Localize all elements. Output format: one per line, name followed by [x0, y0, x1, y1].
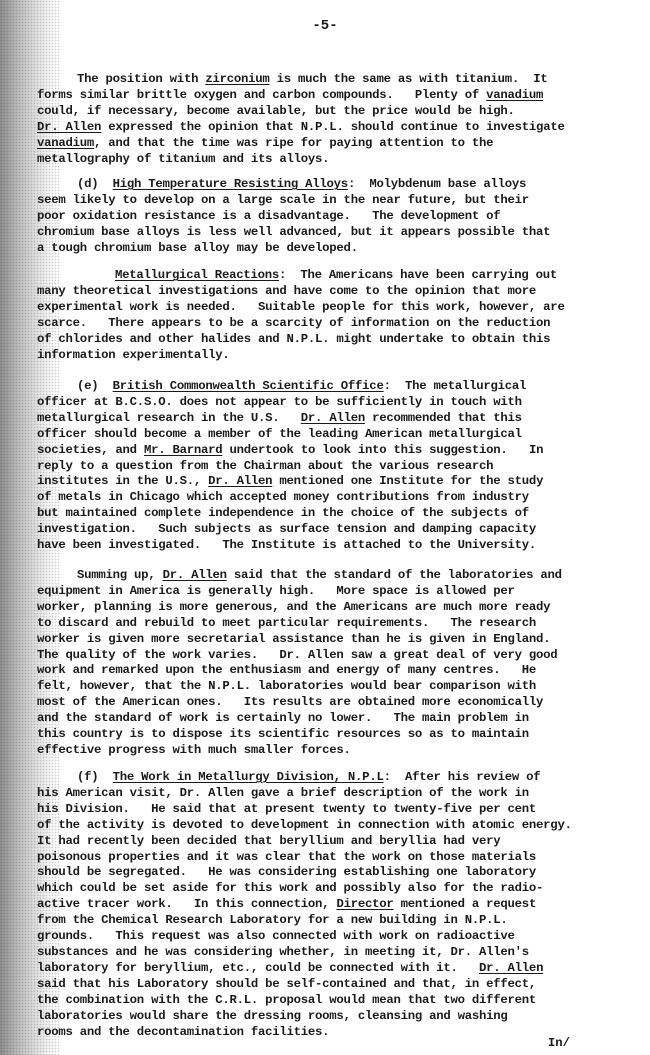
text-line: It had recently been decided that beryll… — [37, 834, 637, 850]
text-line: The quality of the work varies. Dr. Alle… — [37, 648, 637, 664]
text-line: (d) High Temperature Resisting Alloys: M… — [77, 177, 637, 193]
text-run: but maintained complete independence in … — [37, 506, 529, 520]
text-run: said that his Laboratory should be self-… — [37, 977, 536, 991]
text-line: substances and he was considering whethe… — [37, 945, 637, 961]
text-line: should be segregated. He was considering… — [37, 865, 637, 881]
text-run: his Division. He said that at present tw… — [37, 802, 536, 816]
text-line: reply to a question from the Chairman ab… — [37, 459, 637, 475]
text-line: which could be set aside for this work a… — [37, 881, 637, 897]
text-line: of chlorides and other halides and N.P.L… — [37, 332, 637, 348]
text-run: The quality of the work varies. Dr. Alle… — [37, 648, 557, 662]
text-line: forms similar brittle oxygen and carbon … — [37, 88, 637, 104]
text-run: chromium base alloys is less well advanc… — [37, 225, 550, 239]
text-line: laboratories would share the dressing ro… — [37, 1009, 637, 1025]
underlined-term: Director — [336, 897, 393, 911]
text-run: mentioned a request — [393, 897, 536, 911]
text-run: experimental work is needed. Suitable pe… — [37, 300, 565, 314]
text-line: institutes in the U.S., Dr. Allen mentio… — [37, 474, 637, 490]
paragraph-section-e: (e) British Commonwealth Scientific Offi… — [37, 379, 637, 554]
text-line: metallography of titanium and its alloys… — [37, 152, 637, 168]
text-run: metallography of titanium and its alloys… — [37, 152, 329, 166]
text-run: information experimentally. — [37, 348, 230, 362]
text-line: (e) British Commonwealth Scientific Offi… — [77, 379, 637, 395]
text-run: expressed the opinion that N.P.L. should… — [101, 120, 564, 134]
text-run: , and that the time was ripe for paying … — [94, 136, 493, 150]
underlined-term: British Commonwealth Scientific Office — [113, 379, 384, 393]
text-line: Dr. Allen expressed the opinion that N.P… — [37, 120, 637, 136]
underlined-term: zirconium — [205, 72, 269, 86]
text-run: : After his review of — [384, 770, 541, 784]
text-run: of the activity is devoted to developmen… — [37, 818, 572, 832]
text-line: vanadium, and that the time was ripe for… — [37, 136, 637, 152]
text-run: to discard and rebuild to meet particula… — [37, 616, 536, 630]
text-run: from the Chemical Research Laboratory fo… — [37, 913, 508, 927]
text-run: seem likely to develop on a large scale … — [37, 193, 529, 207]
text-line: officer at B.C.S.O. does not appear to b… — [37, 395, 637, 411]
continuation-marker: In/ — [548, 1036, 570, 1050]
text-line: of the activity is devoted to developmen… — [37, 818, 637, 834]
text-line: poor oxidation resistance is a disadvant… — [37, 209, 637, 225]
text-run: : The Americans have been carrying out — [279, 268, 557, 282]
text-line: and the standard of work is certainly no… — [37, 711, 637, 727]
text-line: work and remarked upon the enthusiasm an… — [37, 663, 637, 679]
text-line: his Division. He said that at present tw… — [37, 802, 637, 818]
text-run: active tracer work. In this connection, — [37, 897, 336, 911]
text-run: It had recently been decided that beryll… — [37, 834, 500, 848]
text-run: could, if necessary, become available, b… — [37, 104, 515, 118]
text-line: worker is given more secretarial assista… — [37, 632, 637, 648]
text-run: most of the American ones. Its results a… — [37, 695, 543, 709]
text-run: undertook to look into this suggestion. … — [222, 443, 543, 457]
text-line: but maintained complete independence in … — [37, 506, 637, 522]
text-line: of metals in Chicago which accepted mone… — [37, 490, 637, 506]
underlined-term: Dr. Allen — [301, 411, 365, 425]
text-line: grounds. This request was also connected… — [37, 929, 637, 945]
text-line: said that his Laboratory should be self-… — [37, 977, 637, 993]
underlined-term: Dr. Allen — [163, 568, 227, 582]
underlined-term: Metallurgical Reactions — [115, 268, 279, 282]
text-run: worker is given more secretarial assista… — [37, 632, 550, 646]
text-line: laboratory for beryllium, etc., could be… — [37, 961, 637, 977]
text-run: reply to a question from the Chairman ab… — [37, 459, 493, 473]
text-run: officer at B.C.S.O. does not appear to b… — [37, 395, 522, 409]
text-run: his American visit, Dr. Allen gave a bri… — [37, 786, 529, 800]
text-line: most of the American ones. Its results a… — [37, 695, 637, 711]
text-line: societies, and Mr. Barnard undertook to … — [37, 443, 637, 459]
text-run: mentioned one Institute for the study — [272, 474, 543, 488]
text-run: felt, however, that the N.P.L. laborator… — [37, 679, 536, 693]
text-run: equipment in America is generally high. … — [37, 584, 515, 598]
text-run: poor oxidation resistance is a disadvant… — [37, 209, 500, 223]
text-run: societies, and — [37, 443, 144, 457]
text-line: investigation. Such subjects as surface … — [37, 522, 637, 538]
text-run: the combination with the C.R.L. proposal… — [37, 993, 536, 1007]
text-run: The position with — [77, 72, 205, 86]
text-line: scarce. There appears to be a scarcity o… — [37, 316, 637, 332]
underlined-term: Dr. Allen — [37, 120, 101, 134]
text-run: laboratory for beryllium, etc., could be… — [37, 961, 479, 975]
text-run: should be segregated. He was considering… — [37, 865, 536, 879]
text-run: many theoretical investigations and have… — [37, 284, 536, 298]
text-line: Metallurgical Reactions: The Americans h… — [115, 268, 637, 284]
text-run: work and remarked upon the enthusiasm an… — [37, 663, 536, 677]
text-line: to discard and rebuild to meet particula… — [37, 616, 637, 632]
text-run: metallurgical research in the U.S. — [37, 411, 301, 425]
text-run: (f) — [77, 770, 113, 784]
text-run: officer should become a member of the le… — [37, 427, 522, 441]
text-line: felt, however, that the N.P.L. laborator… — [37, 679, 637, 695]
text-run: a tough chromium base alloy may be devel… — [37, 241, 358, 255]
underlined-term: High Temperature Resisting Alloys — [113, 177, 348, 191]
text-run: institutes in the U.S., — [37, 474, 208, 488]
text-line: metallurgical research in the U.S. Dr. A… — [37, 411, 637, 427]
text-run: which could be set aside for this work a… — [37, 881, 543, 895]
text-line: a tough chromium base alloy may be devel… — [37, 241, 637, 257]
paragraph-metallurgical-reactions: Metallurgical Reactions: The Americans h… — [37, 268, 637, 363]
text-line: the combination with the C.R.L. proposal… — [37, 993, 637, 1009]
text-line: many theoretical investigations and have… — [37, 284, 637, 300]
underlined-term: Dr. Allen — [479, 961, 543, 975]
text-run: grounds. This request was also connected… — [37, 929, 515, 943]
text-run: worker, planning is more generous, and t… — [37, 600, 550, 614]
text-run: of chlorides and other halides and N.P.L… — [37, 332, 550, 346]
underlined-term: Dr. Allen — [208, 474, 272, 488]
text-run: laboratories would share the dressing ro… — [37, 1009, 508, 1023]
paragraph-section-f: (f) The Work in Metallurgy Division, N.P… — [37, 770, 637, 1040]
page-number: -5- — [0, 18, 650, 34]
text-run: rooms and the decontamination facilities… — [37, 1025, 329, 1039]
text-line: equipment in America is generally high. … — [37, 584, 637, 600]
underlined-term: vanadium — [486, 88, 543, 102]
paragraph-summing-up: Summing up, Dr. Allen said that the stan… — [37, 568, 637, 759]
text-line: from the Chemical Research Laboratory fo… — [37, 913, 637, 929]
text-line: effective progress with much smaller for… — [37, 743, 637, 759]
text-line: this country is to dispose its scientifi… — [37, 727, 637, 743]
paragraph-section-d: (d) High Temperature Resisting Alloys: M… — [37, 177, 637, 257]
text-run: this country is to dispose its scientifi… — [37, 727, 529, 741]
underlined-term: vanadium — [37, 136, 94, 150]
text-run: scarce. There appears to be a scarcity o… — [37, 316, 550, 330]
text-run: : Molybdenum base alloys — [348, 177, 526, 191]
text-run: poisonous properties and it was clear th… — [37, 850, 536, 864]
text-run: (e) — [77, 379, 113, 393]
text-line: Summing up, Dr. Allen said that the stan… — [77, 568, 637, 584]
text-line: The position with zirconium is much the … — [77, 72, 637, 88]
text-run: recommended that this — [365, 411, 522, 425]
text-line: his American visit, Dr. Allen gave a bri… — [37, 786, 637, 802]
paragraph-zirconium: The position with zirconium is much the … — [37, 72, 637, 167]
text-line: experimental work is needed. Suitable pe… — [37, 300, 637, 316]
text-run: said that the standard of the laboratori… — [227, 568, 562, 582]
text-line: poisonous properties and it was clear th… — [37, 850, 637, 866]
text-run: investigation. Such subjects as surface … — [37, 522, 536, 536]
text-line: could, if necessary, become available, b… — [37, 104, 637, 120]
text-line: active tracer work. In this connection, … — [37, 897, 637, 913]
text-run: : The metallurgical — [384, 379, 527, 393]
text-run: (d) — [77, 177, 113, 191]
text-run: have been investigated. The Institute is… — [37, 538, 536, 552]
text-run: substances and he was considering whethe… — [37, 945, 529, 959]
text-run: forms similar brittle oxygen and carbon … — [37, 88, 486, 102]
underlined-term: Mr. Barnard — [144, 443, 222, 457]
text-line: worker, planning is more generous, and t… — [37, 600, 637, 616]
text-run: is much the same as with titanium. It — [270, 72, 548, 86]
text-run: and the standard of work is certainly no… — [37, 711, 529, 725]
text-line: (f) The Work in Metallurgy Division, N.P… — [77, 770, 637, 786]
text-line: have been investigated. The Institute is… — [37, 538, 637, 554]
text-line: officer should become a member of the le… — [37, 427, 637, 443]
underlined-term: The Work in Metallurgy Division, N.P.L — [113, 770, 384, 784]
text-run: effective progress with much smaller for… — [37, 743, 351, 757]
text-line: information experimentally. — [37, 348, 637, 364]
text-run: Summing up, — [77, 568, 163, 582]
text-line: seem likely to develop on a large scale … — [37, 193, 637, 209]
text-line: chromium base alloys is less well advanc… — [37, 225, 637, 241]
text-run: of metals in Chicago which accepted mone… — [37, 490, 529, 504]
